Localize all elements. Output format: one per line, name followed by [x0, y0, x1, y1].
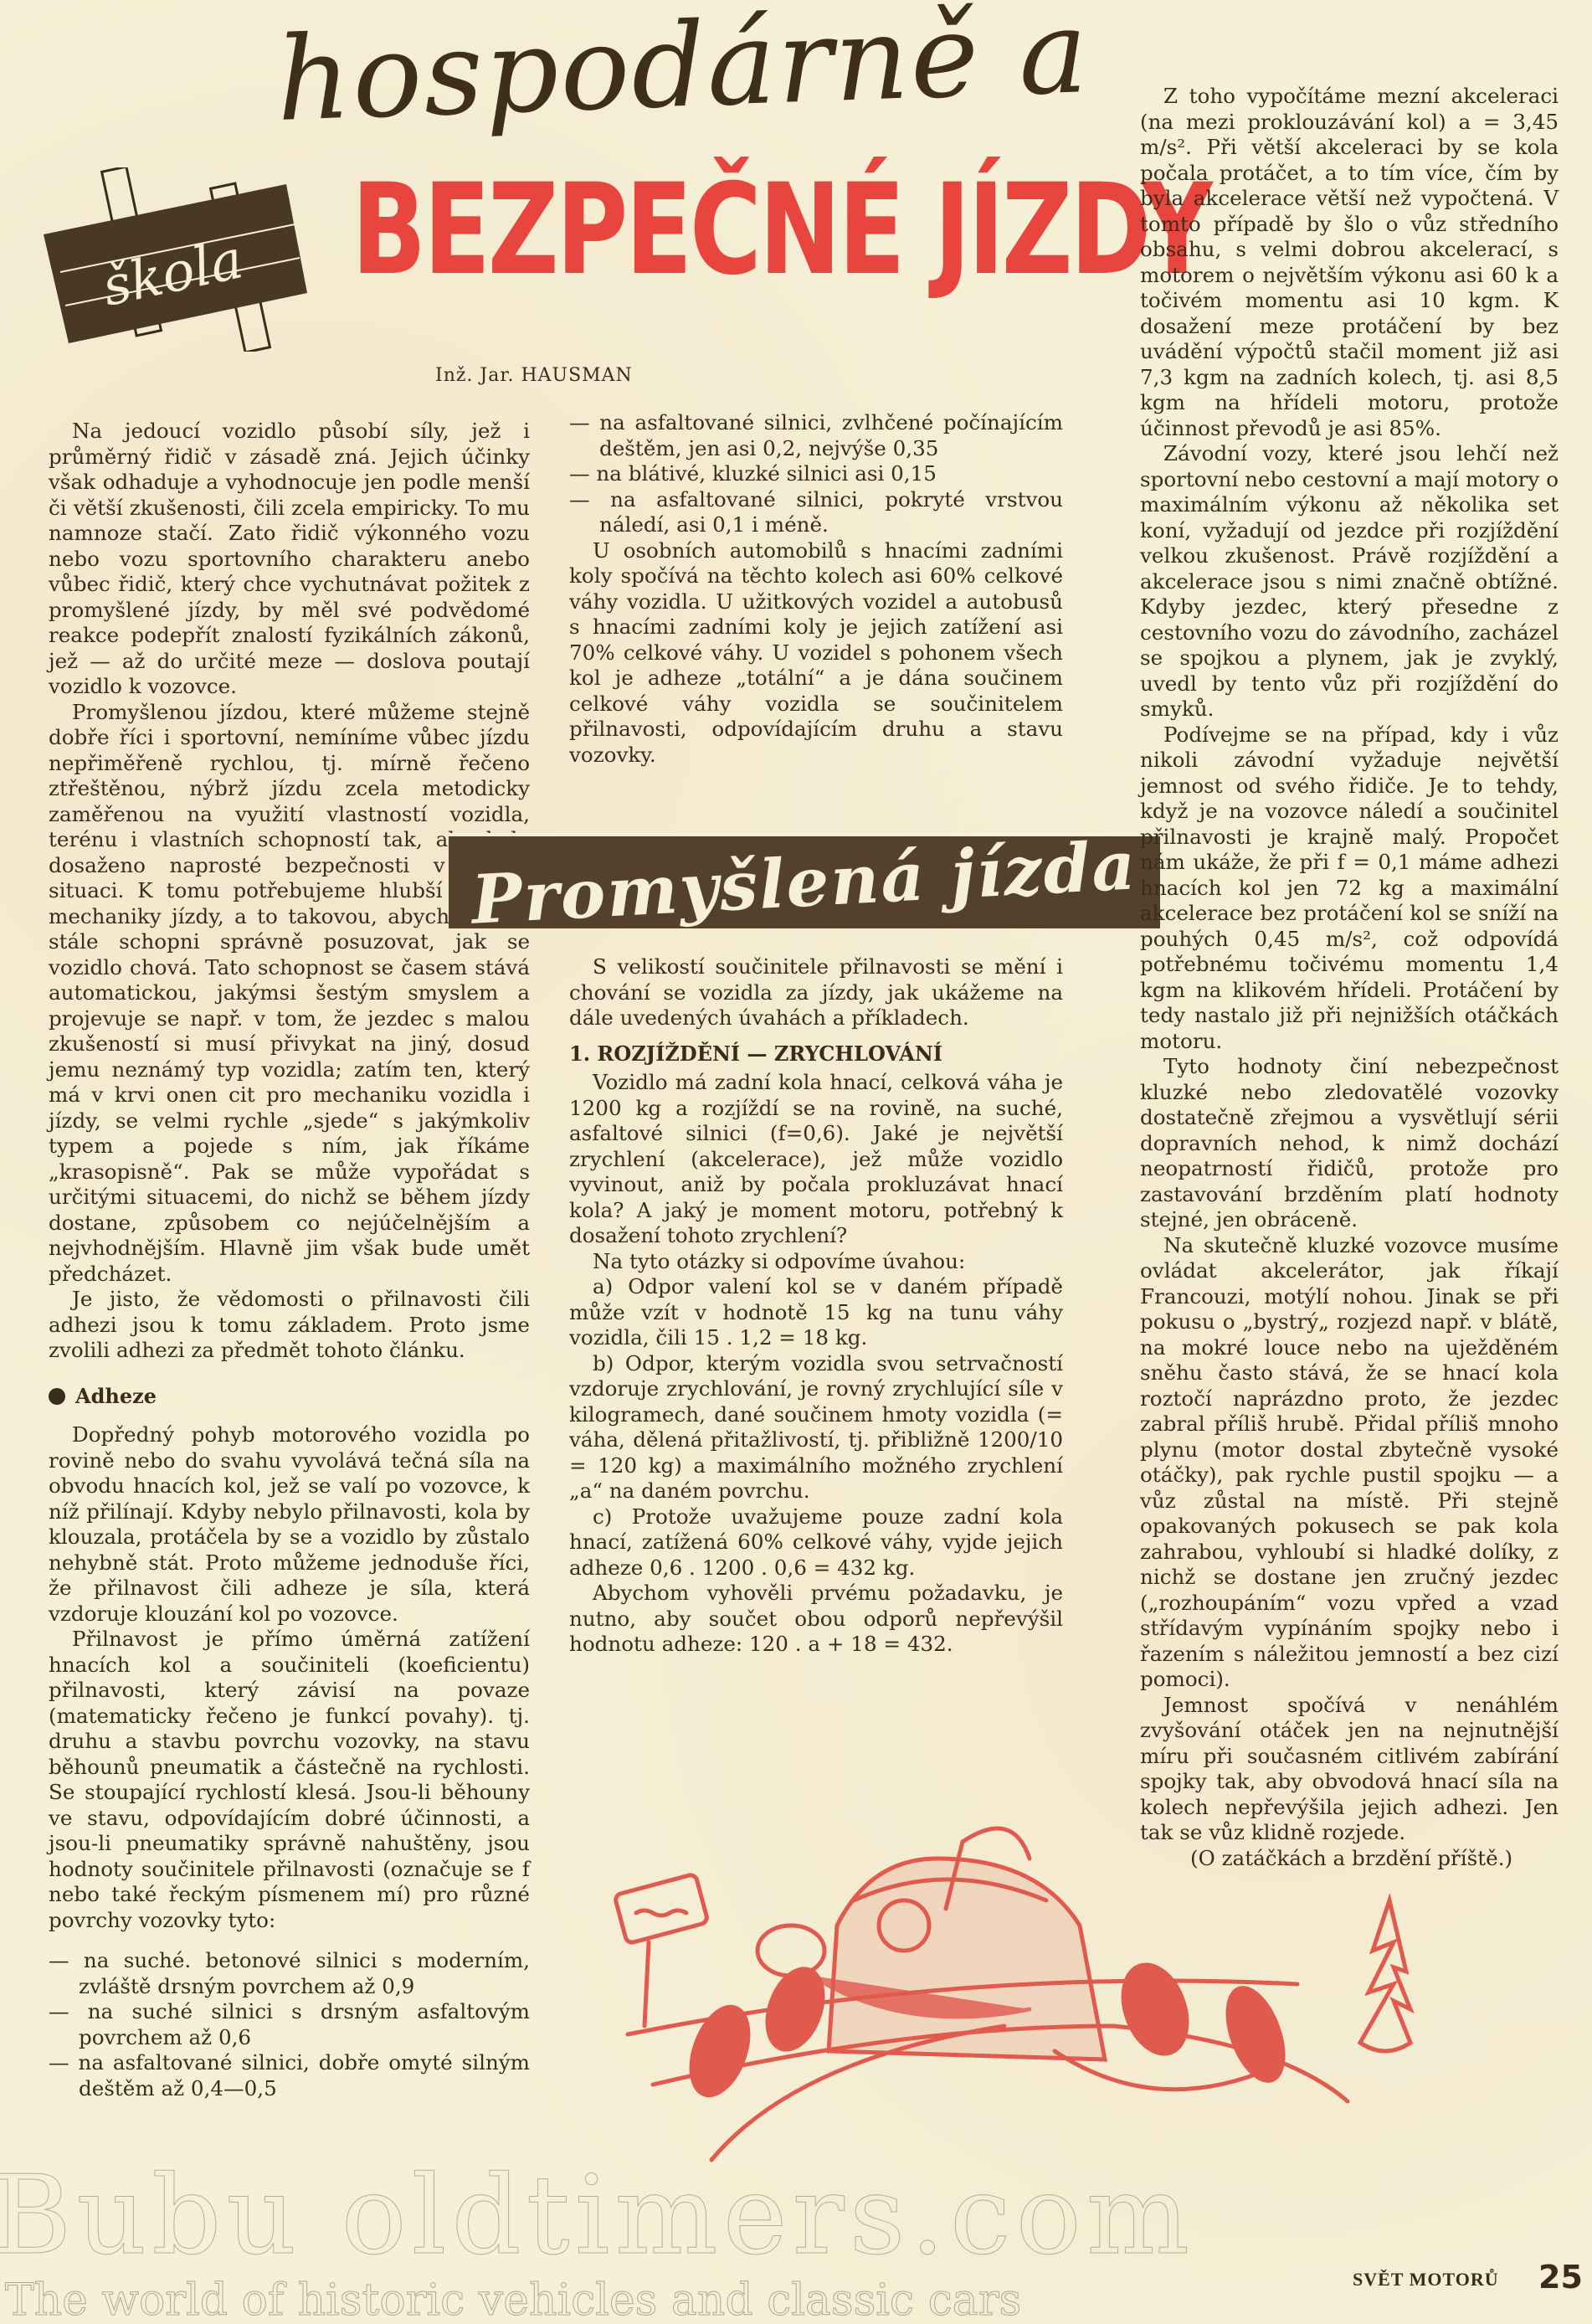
paragraph: a) Odpor valení kol se v daném případě m… [569, 1274, 1063, 1351]
paragraph: Z toho vypočítáme mezní akceleraci (na m… [1140, 84, 1559, 441]
byline: Inž. Jar. HAUSMAN [435, 365, 633, 386]
paragraph: Promyšlenou jízdou, které můžeme stejně … [49, 700, 530, 1288]
banner-title: Promyšlená jízda [470, 825, 1138, 939]
paragraph: Podívejme se na případ, kdy i vůz nikoli… [1140, 722, 1559, 1055]
column-3: Z toho vypočítáme mezní akceleraci (na m… [1140, 84, 1559, 1871]
section-banner: Promyšlená jízda [449, 833, 1160, 928]
paragraph: Na tyto otázky si odpovíme úvahou: [569, 1249, 1063, 1275]
watermark-domain: Bubu oldtimers.com [0, 2152, 1194, 2279]
column-1: Na jedoucí vozidlo působí síly, jež i pr… [49, 419, 530, 2101]
list-item: — na suché silnici s drsným asfaltovým p… [49, 1999, 530, 2050]
magazine-name: SVĚT MOTORŮ [1353, 2269, 1499, 2291]
section-heading-rozjizdeni: 1. ROZJÍŽDĚNÍ — ZRYCHLOVÁNÍ [569, 1041, 1063, 1067]
list-item: — na blátivé, kluzké silnici asi 0,15 [569, 461, 1063, 487]
paragraph: U osobních automobilů s hnacími zadními … [569, 538, 1063, 769]
paragraph: b) Odpor, kterým vozidla svou setrvačnos… [569, 1351, 1063, 1504]
paragraph: Abychom vyhověli prvému požadavku, je nu… [569, 1581, 1063, 1658]
paragraph: Na skutečně kluzké vozovce musíme ovláda… [1140, 1233, 1559, 1693]
paragraph: Vozidlo má zadní kola hnací, celková váh… [569, 1070, 1063, 1249]
paragraph: S velikostí součinitele přilnavosti se m… [569, 954, 1063, 1031]
column-2-lower: S velikostí součinitele přilnavosti se m… [569, 954, 1063, 1658]
bullet-dot-icon [49, 1388, 65, 1405]
paragraph: Tyto hodnoty činí nebezpečnost kluzké ne… [1140, 1054, 1559, 1233]
page-number: 25 [1538, 2259, 1583, 2296]
paragraph: Na jedoucí vozidlo působí síly, jež i pr… [49, 419, 530, 700]
paragraph: c) Protože uvažujeme pouze zadní kola hn… [569, 1504, 1063, 1581]
tree-icon [1360, 1900, 1410, 2051]
list-item: — na asfaltované silnici, dobře omyté si… [49, 2050, 530, 2101]
script-title: hospodárně a [275, 0, 1091, 138]
paragraph: Přilnavost je přímo úměrná zatížení hnac… [49, 1627, 530, 1933]
list-item: — na suché. betonové silnici s moderním,… [49, 1948, 530, 1999]
list-item: — na asfaltované silnici, pokryté vrstvo… [569, 487, 1063, 538]
column-2: — na asfaltované silnici, zvlhčené počín… [569, 410, 1063, 768]
main-title: BEZPEČNÉ JÍZDY [352, 167, 1210, 293]
paragraph: Závodní vozy, které jsou lehčí než sport… [1140, 441, 1559, 722]
paragraph: Je jisto, že vědomosti o přilnavosti čil… [49, 1287, 530, 1364]
watermark-tagline: The world of historic vehicles and class… [5, 2275, 1021, 2324]
signpost-icon [614, 1874, 708, 2026]
paragraph: Dopředný pohyb motorového vozidla po rov… [49, 1422, 530, 1627]
list-item: — na asfaltované silnici, zvlhčené počín… [569, 410, 1063, 461]
school-board-logo: škola [44, 167, 311, 352]
section-heading-adheze: Adheze [49, 1384, 530, 1410]
